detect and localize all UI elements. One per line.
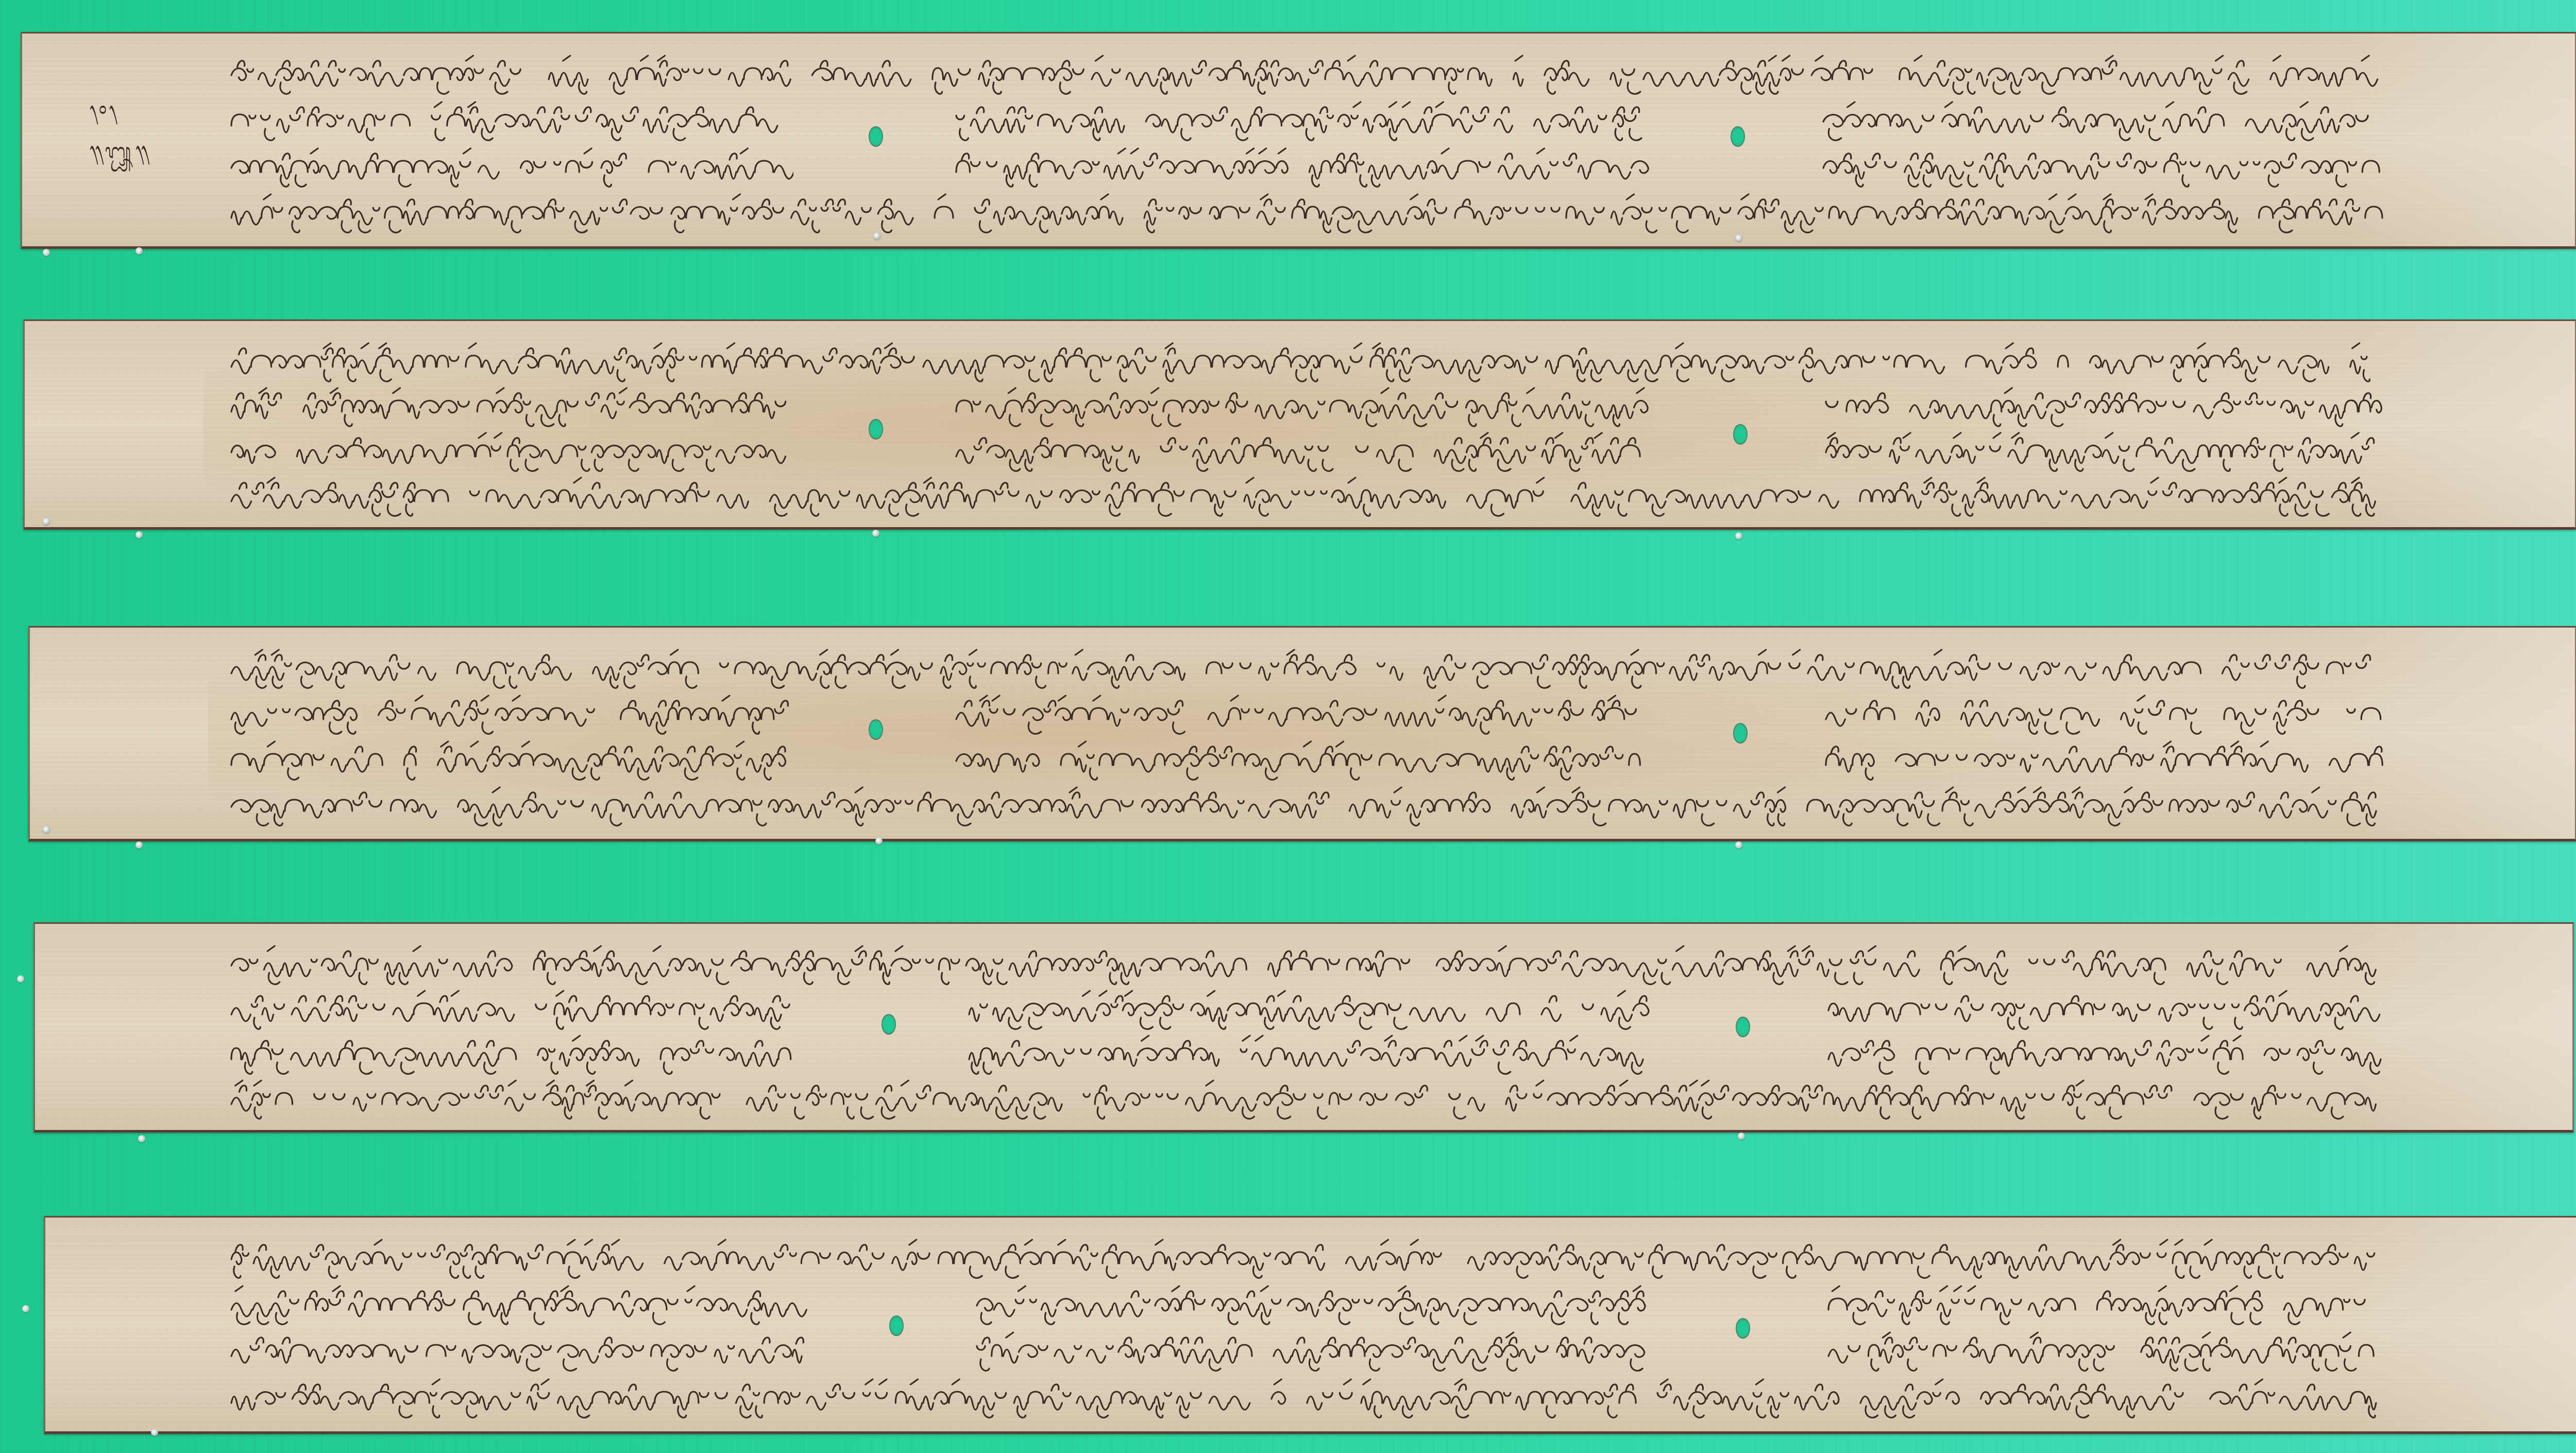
mounting-pin-icon [135, 841, 143, 849]
mounting-pin-icon [17, 975, 24, 983]
binding-hole-2 [1736, 1318, 1750, 1339]
script-line-4 [228, 473, 2387, 519]
binding-hole-2 [1733, 723, 1748, 744]
script-line-3-col-2 [974, 1328, 1655, 1374]
script-line-2-col-2 [953, 383, 1653, 430]
binding-hole-1 [869, 419, 883, 440]
script-line-1 [228, 941, 2387, 988]
script-line-3-col-2 [953, 144, 1650, 190]
palm-leaf-4 [33, 922, 2574, 1133]
script-line-2-col-2 [953, 691, 1653, 737]
mounting-pin-icon [875, 837, 883, 844]
script-line-2-col-2 [953, 97, 1650, 144]
script-line-2-col-3 [1825, 986, 2387, 1033]
binding-hole-2 [1733, 424, 1748, 445]
palm-leaf-2 [23, 319, 2576, 530]
script-line-2-col-2 [974, 1281, 1655, 1328]
script-line-2-col-1 [228, 1281, 814, 1328]
script-line-3-col-3 [1825, 1328, 2387, 1374]
script-line-2-col-1 [228, 986, 806, 1033]
script-line-3-col-3 [1823, 737, 2387, 783]
script-line-1 [228, 339, 2387, 385]
mounting-pin-icon [873, 232, 880, 240]
script-line-3-col-1 [228, 1328, 814, 1374]
binding-hole-2 [1731, 126, 1745, 147]
margin-label-2: ᭟᭛᭟ [89, 130, 150, 174]
mounting-pin-icon [135, 247, 143, 255]
script-line-2-col-1 [228, 383, 793, 430]
palm-leaf-3 [28, 626, 2576, 841]
script-line-3-col-3 [1825, 1031, 2387, 1077]
binding-hole-1 [889, 1315, 904, 1336]
script-line-3-col-1 [228, 144, 793, 190]
mounting-pin-icon [1735, 841, 1742, 849]
script-line-3-col-3 [1823, 428, 2387, 475]
script-line-1 [228, 645, 2387, 691]
script-line-1 [228, 1235, 2387, 1281]
palm-leaf-1: ᭞᭜᭞᭟᭛᭟ [21, 32, 2576, 249]
script-line-4 [228, 783, 2387, 829]
mounting-pin-icon [1738, 1133, 1745, 1140]
mounting-pin-icon [135, 531, 143, 538]
mounting-pin-icon [872, 530, 879, 537]
script-line-4 [228, 190, 2387, 236]
script-line-3-col-1 [228, 737, 793, 783]
margin-label-1: ᭞᭜᭞ [89, 90, 118, 133]
script-line-3-col-1 [228, 1031, 806, 1077]
script-line-2-col-1 [228, 691, 793, 737]
script-line-3-col-2 [953, 428, 1653, 475]
palm-leaf-5 [44, 1216, 2576, 1434]
mounting-pin-icon [22, 1305, 29, 1312]
script-line-3-col-2 [966, 1031, 1655, 1077]
binding-hole-1 [882, 1014, 896, 1035]
mounting-pin-icon [138, 1135, 145, 1142]
script-line-3-col-2 [953, 737, 1653, 783]
script-line-2-col-2 [966, 986, 1655, 1033]
script-line-2-col-1 [228, 97, 793, 144]
script-line-2-col-3 [1820, 97, 2387, 144]
script-line-1 [228, 51, 2387, 97]
script-line-2-col-3 [1823, 383, 2387, 430]
mounting-pin-icon [151, 1429, 158, 1436]
mounting-pin-icon [43, 826, 50, 833]
binding-hole-1 [869, 719, 883, 740]
script-line-4 [228, 1076, 2387, 1122]
mounting-pin-icon [1735, 234, 1742, 242]
binding-hole-1 [869, 126, 883, 147]
mounting-pin-icon [1735, 532, 1742, 539]
script-line-3-col-3 [1820, 144, 2387, 190]
script-line-3-col-1 [228, 428, 793, 475]
script-line-4 [228, 1375, 2387, 1421]
mounting-pin-icon [43, 518, 50, 525]
binding-hole-2 [1736, 1017, 1750, 1037]
script-line-2-col-3 [1825, 1281, 2387, 1328]
mounting-pin-icon [43, 249, 50, 256]
script-line-2-col-3 [1823, 691, 2387, 737]
